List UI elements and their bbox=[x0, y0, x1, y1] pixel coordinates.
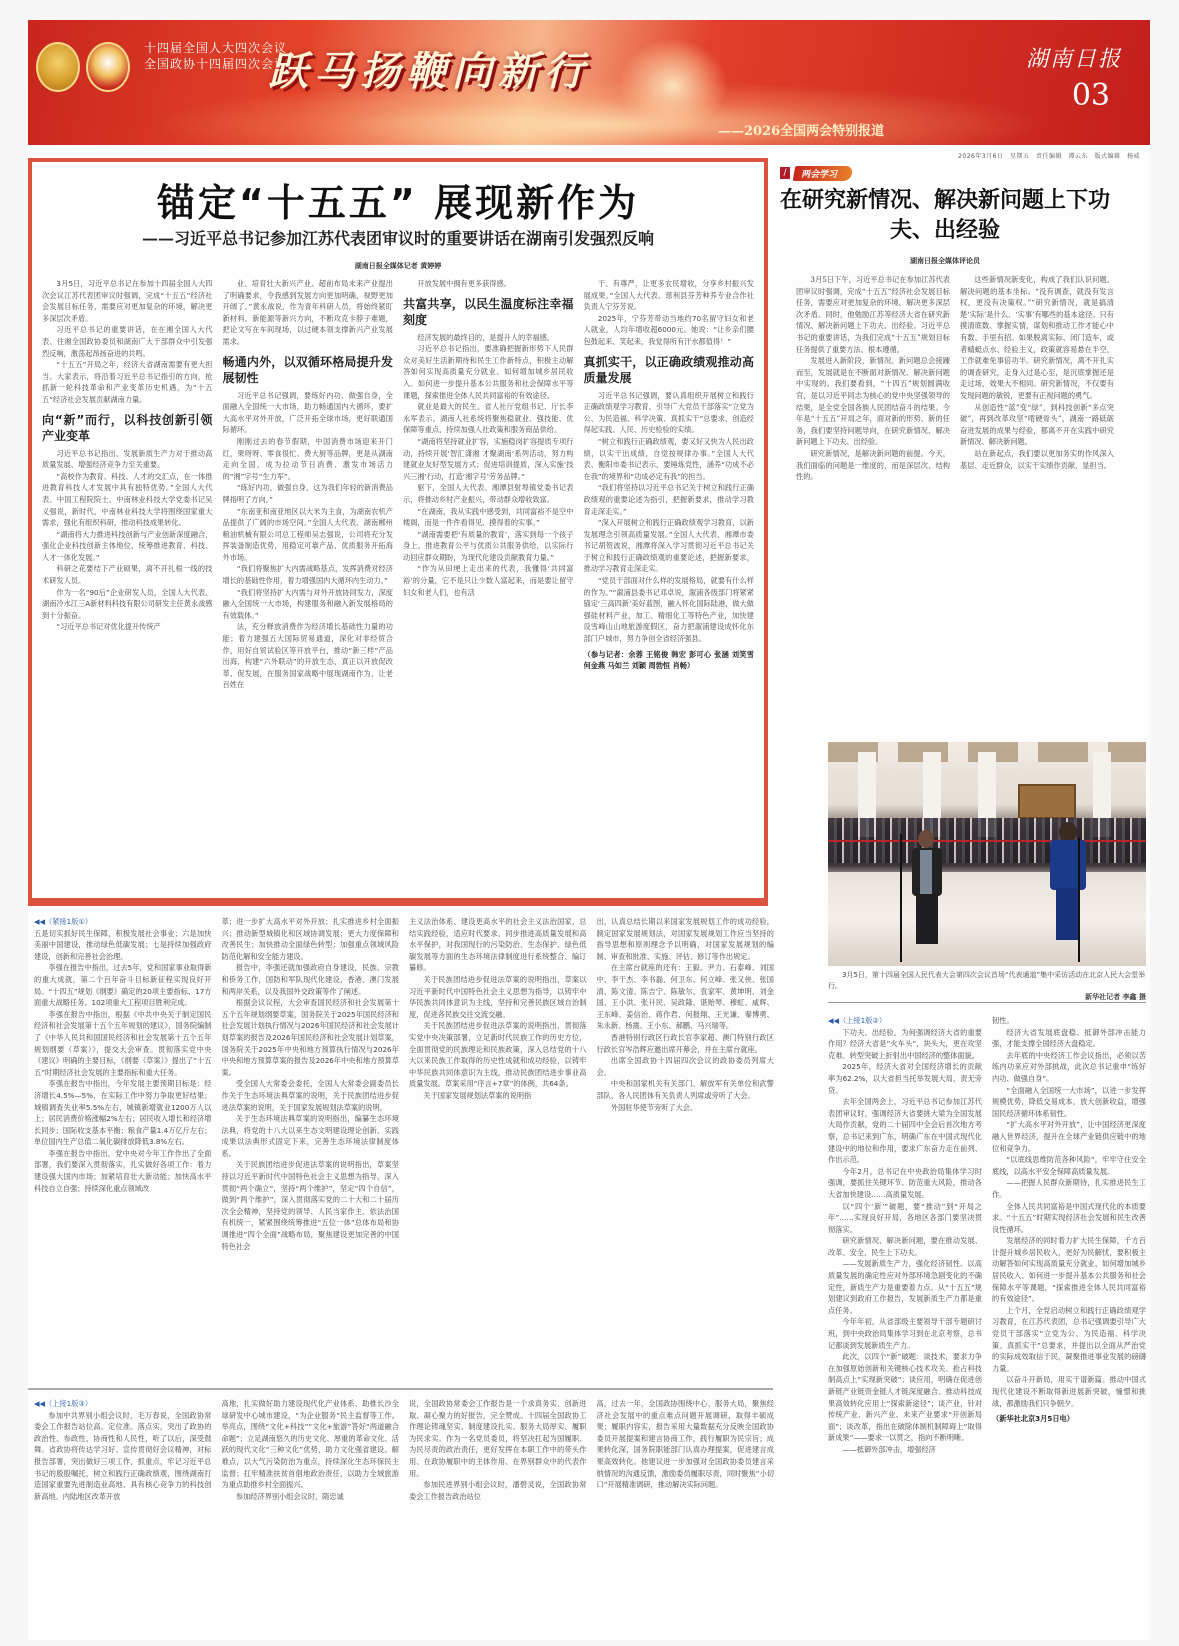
commentary-byline: 湖南日报全媒体评论员 bbox=[780, 256, 1110, 266]
continued-from-label: ◀◀（上接1版②） bbox=[828, 1015, 982, 1027]
paragraph: 干、有尊严，让更多农民增收，分享乡村振兴发展成果。”全国人大代表、慈利县芬芳种养… bbox=[584, 278, 755, 313]
paragraph: 关于民族团结进步促进法草案的说明指出，贯彻落实党中央决策部署，立足新时代民族工作… bbox=[409, 1020, 587, 1090]
paragraph: “全面融入全国统一大市场”，以进一步发挥规模优势，降低交易成本，放大创新收益，增… bbox=[992, 1085, 1146, 1120]
credits-line: （参与记者：余蓉 王铭俊 韩宏 彭可心 张涵 刘笑雪 何金燕 马如兰 刘颖 周勃… bbox=[584, 649, 755, 672]
paragraph: ——抵御外部冲击，增强经济 bbox=[828, 1444, 982, 1456]
article-column: ◀◀（紧接1版①）五是切实抓好民生保障，积极发展社会事业；六是加快美丽中国建设，… bbox=[34, 916, 212, 1381]
paragraph: 2025年，宁芬芳带动当地约70名留守妇女和老人就业，人均年增收超6000元。她… bbox=[584, 313, 755, 348]
paragraph: 高，过去一年，全国政协围绕中心、服务大局，聚焦经济社会发展中的重点难点问题开展调… bbox=[597, 1398, 775, 1491]
paragraph: 李强在报告中指出，过去5年，党和国家事业取得新的重大成就，第二个百年奋斗目标新征… bbox=[34, 962, 212, 1008]
article-column: 开放发展中拥有更多获得感。共富共享，以民生温度标注幸福刻度经济发展的最终目的，是… bbox=[403, 278, 574, 894]
paragraph: 主义法治体系、建设更高水平的社会主义法治国家，总结实践经验，适应时代要求，同步推… bbox=[409, 916, 587, 974]
paragraph: 发展经济的同时着力扩大民生保障，千方百计提升城乡居民收入，更好为民解忧，要积极主… bbox=[992, 1235, 1146, 1305]
paragraph: 刚刚过去的春节假期，中国消费市场迎来开门红，果呀呀、零食很忙、费大厨等品牌，更是… bbox=[223, 436, 394, 482]
session-line-2: 全国政协十四届四次会议 bbox=[144, 56, 287, 72]
session-label: 十四届全国人大四次会议 全国政协十四届四次会议 bbox=[144, 40, 287, 72]
national-emblem-icon bbox=[36, 42, 80, 92]
cppcc-emblem-icon bbox=[86, 42, 130, 92]
galloping-horse-icon bbox=[618, 38, 728, 133]
paragraph: “十五五”开局之年，经济大省湖南需要有更大担当。大家表示，将沿着习近平总书记指引… bbox=[42, 359, 213, 405]
special-report-label: ——2026全国两会特别报道 bbox=[718, 120, 884, 139]
article-column: 高，过去一年，全国政协围绕中心、服务大局，聚焦经济社会发展中的重点难点问题开展调… bbox=[597, 1398, 775, 1638]
paragraph: “我们将聚焦扩大内需战略基点，发挥消费对经济增长的基础性作用，着力增强国内大循环… bbox=[223, 563, 394, 586]
photo-caption: 3月5日，第十四届全国人民代表大会第四次会议首场“代表通道”集中采访活动在北京人… bbox=[828, 970, 1146, 1003]
article-column: 韧性。经济大省发展底盘稳、抵御外部冲击能力强，才能支撑全国经济大盘稳定。去年底的… bbox=[992, 1015, 1146, 1635]
section-divider bbox=[828, 1002, 1146, 1003]
paragraph: 以“四个‘新’”破题，要“推动”到“开局之年”……实现良好开局，各地区各部门要坚… bbox=[828, 1201, 982, 1236]
paragraph: 高地，扎实做好助力建设现代化产业体系、助推长沙全球研发中心城市建设，“为企业服务… bbox=[222, 1398, 400, 1491]
bottom-report2-body: ◀◀（上接1版③）参加中共界别小组会议时，毛万春说，全国政协常委会工作报告站位高… bbox=[34, 1398, 774, 1638]
paragraph: 此次，以四个“新”破题：谈技术，要求力争在加强原始创新和关键核心技术攻关、抢占科… bbox=[828, 1351, 982, 1444]
paragraph: 今年年初，从省部级主要领导干部专题研讨班，到中央政治局集体学习到在北京考察，总书… bbox=[828, 1316, 982, 1351]
paragraph: 受全国人大常委会委托，全国人大常委会副委员长作关于生态环境法典草案的说明，关于民… bbox=[222, 1078, 400, 1113]
paragraph: 法，充分释放消费作为经济增长基础性力量的功能；着力建强五大国际贸易通道，深化对非… bbox=[223, 621, 394, 691]
paragraph: 在主席台就座的还有：王毅、尹力、石泰峰、刘国中、李干杰、李书磊、何卫东、何立峰、… bbox=[597, 962, 775, 1032]
continued-from-label: ◀◀（紧接1版①） bbox=[34, 916, 212, 928]
newspaper-logo: 湖南日报 bbox=[1026, 42, 1122, 73]
section-heading: 畅通内外，以双循环格局提升发展韧性 bbox=[223, 354, 394, 386]
paragraph: “我们将坚持以习近平总书记关于树立和践行正确政绩观的重要论述为指引，把握新要求，… bbox=[584, 482, 755, 517]
section-tag: / 两会学习 bbox=[780, 166, 852, 180]
paragraph: “湖南将大力推进科技创新与产业创新深度融合，强化企业科技创新主体地位，统筹推进教… bbox=[42, 529, 213, 564]
paragraph: 今年2月，总书记在中央政治局集体学习时强调，要抓住关键环节、防范重大风险，推动各… bbox=[828, 1166, 982, 1201]
paragraph: 五是切实抓好民生保障，积极发展社会事业；六是加快美丽中国建设，推动绿色低碳发展；… bbox=[34, 928, 212, 963]
paragraph: “深入开展树立和践行正确政绩观学习教育，以新发展理念引领高质量发展。”全国人大代… bbox=[584, 517, 755, 575]
bottom-report-body: ◀◀（紧接1版①）五是切实抓好民生保障，积极发展社会事业；六是加快美丽中国建设，… bbox=[34, 916, 774, 1381]
session-line-1: 十四届全国人大四次会议 bbox=[144, 40, 287, 56]
slash-icon: / bbox=[780, 167, 790, 179]
edition-meta: 2026年3月6日 星期五 责任编辑 谭云东 版式编辑 杨威 bbox=[958, 151, 1140, 160]
right-bottom-report-body: ◀◀（上接1版②）下功夫、出经验，为何强调经济大省的重要作用？经济大省是“火车头… bbox=[828, 1015, 1146, 1635]
paragraph: 2025年，经济大省对全国经济增长的贡献率为62.2%，以大省担当托举发展大局，… bbox=[828, 1061, 982, 1096]
paragraph: 就业是最大的民生。省人社厅党组书记、厅长李永军表示，湖南人社系统将聚焦稳就业、强… bbox=[403, 401, 574, 436]
paragraph: 驱下，全国人大代表、湘潭县射埠镇党委书记表示，将推动乡村产业振兴，带动群众增收致… bbox=[403, 482, 574, 505]
paragraph: 报告中，李强还就加强政府自身建设，民族、宗教和侨务工作，国防和军队现代化建设，香… bbox=[222, 962, 400, 997]
paragraph: “党员干部面对什么样的发展格局，就要有什么样的作为。”“溆浦县委书记邓卓说，溆浦… bbox=[584, 575, 755, 645]
article-column: ◀◀（上接1版③）参加中共界别小组会议时，毛万春说，全国政协常委会工作报告站位高… bbox=[34, 1398, 212, 1638]
paragraph: 习近平总书记指出，要准确把握新形势下人民群众对美好生活新期待和民生工作新特点，积… bbox=[403, 343, 574, 401]
paragraph: 关于生态环境法典草案的说明指出，编纂生态环境法典，将党的十八大以来生态文明建设理… bbox=[222, 1113, 400, 1159]
paragraph: 香港特别行政区行政长官李家超、澳门特别行政区行政长官岑浩辉应邀出席开幕会，并在主… bbox=[597, 1032, 775, 1055]
commentary-body: 3月5日下午，习近平总书记在参加江苏代表团审议时强调，完成“十五五”经济社会发展… bbox=[796, 274, 1114, 744]
article-column: 干、有尊严，让更多农民增收，分享乡村振兴发展成果。”全国人大代表、慈利县芬芳种养… bbox=[584, 278, 755, 894]
paragraph: “练好内功，做强自身，这为我们年轻的新消费品牌指明了方向。” bbox=[223, 482, 394, 505]
paragraph: ——把握人民群众新期待，扎实推进民生工作。 bbox=[992, 1177, 1146, 1200]
article-column: 业、培育壮大新兴产业、超前布局未来产业提出了明确要求，令我感到发展方向更加明确，… bbox=[223, 278, 394, 894]
article-column: 革；进一步扩大高水平对外开放；扎实推进乡村全面振兴；推动新型城镇化和区域协调发展… bbox=[222, 916, 400, 1381]
lead-article-body: 3月5日，习近平总书记在参加十四届全国人大四次会议江苏代表团审议时强调，完成“十… bbox=[42, 278, 754, 894]
paragraph: 发展进入新阶段，新情况、新问题总会接踵而至，发展就是在不断面对新情况、解决新问题… bbox=[796, 355, 950, 448]
paragraph: “在湖南，我从实践中感受到，共同富裕不是空中楼阁，而是一件件看得见、摸得着的实事… bbox=[403, 506, 574, 529]
lead-article: 锚定“十五五” 展现新作为 ——习近平总书记参加江苏代表团审议时的重要讲话在湖南… bbox=[28, 158, 768, 902]
paragraph: “东南亚和南亚地区以大米为主食，为湖南农机产品提供了广阔的市场空间。”全国人大代… bbox=[223, 506, 394, 564]
paragraph: 经济大省发展底盘稳、抵御外部冲击能力强，才能支撑全国经济大盘稳定。 bbox=[992, 1027, 1146, 1050]
news-photo bbox=[828, 742, 1146, 966]
paragraph: 3月5日下午，习近平总书记在参加江苏代表团审议时强调，完成“十五五”经济社会发展… bbox=[796, 274, 950, 355]
section-heading: 真抓实干，以正确政绩观推动高质量发展 bbox=[584, 354, 755, 386]
paragraph: 关于民族团结进步促进法草案的说明指出，草案坚持以习近平新时代中国特色社会主义思想… bbox=[222, 1159, 400, 1252]
paragraph: 李强在报告中指出，党中央对今年工作作出了全面部署，我们要深入贯彻落实，扎实做好各… bbox=[34, 1148, 212, 1194]
paragraph: “以底线思维防范各种风险”，牢牢守住安全底线，以高水平安全保障高质量发展。 bbox=[992, 1154, 1146, 1177]
paragraph: “扩大高水平对外开放”，让中国经济更深度融入世界经济，提升在全球产业链供应链中的… bbox=[992, 1119, 1146, 1154]
paragraph: 出，认真总结长期以来国家发展规划工作的成功经验，制定国家发展规划法，对国家发展规… bbox=[597, 916, 775, 962]
microphone-stand-icon bbox=[1078, 838, 1080, 962]
article-column: 这些新情况新变化，构成了我们认识问题、解决问题的基本坐标。“没有调查，就没有发言… bbox=[960, 274, 1114, 744]
paragraph: “高校作为教育、科技、人才的交汇点，在一体推进教育科技人才发展中具有独特优势。”… bbox=[42, 471, 213, 529]
page-number: 03 bbox=[1072, 78, 1110, 113]
paragraph: 经济发展的最终目的，是提升人的幸福感。 bbox=[403, 332, 574, 344]
microphone-stand-icon bbox=[900, 834, 902, 962]
paragraph: 去年底的中央经济工作会议指出，必须以苦练内功来应对外部挑战，此次总书记重申“练好… bbox=[992, 1050, 1146, 1085]
paragraph: 关于民族团结进步促进法草案的说明指出，草案以习近平新时代中国特色社会主义思想为指… bbox=[409, 974, 587, 1020]
paragraph: 以奋斗开新局，用实干谱新篇。推动中国式现代化建设不断取得新进展新突破，憧憬和挑战… bbox=[992, 1374, 1146, 1409]
photo-person-right bbox=[1046, 820, 1090, 945]
paragraph: 习近平总书记的重要讲话，在在湘全国人大代表、住湘全国政协委员和湖南广大干部群众中… bbox=[42, 324, 213, 359]
paragraph: 业、培育壮大新兴产业、超前布局未来产业提出了明确要求，令我感到发展方向更加明确，… bbox=[223, 278, 394, 348]
paragraph: 李强在报告中指出，根据《中共中央关于制定国民经济和社会发展第十五个五年规划的建议… bbox=[34, 1009, 212, 1079]
lead-article-title: 锚定“十五五” 展现新作为 bbox=[32, 172, 764, 227]
paragraph: 这些新情况新变化，构成了我们认识问题、解决问题的基本坐标。“没有调查，就没有发言… bbox=[960, 274, 1114, 402]
lead-article-byline: 湖南日报全媒体记者 黄婷婷 bbox=[32, 261, 764, 271]
section-heading: 向“新”而行，以科技创新引领产业变革 bbox=[42, 412, 213, 444]
paragraph: 作为一名“90后”企业研发人员，全国人大代表、湖南冷水江三A新材料科技有限公司研… bbox=[42, 587, 213, 622]
paragraph: ——发展新质生产力，强化经济韧性。以高质量发展的确定性应对外部环境急剧变化的不确… bbox=[828, 1258, 982, 1316]
article-column: 主义法治体系、建设更高水平的社会主义法治国家，总结实践经验，适应时代要求，同步推… bbox=[409, 916, 587, 1381]
photo-floor bbox=[828, 872, 1146, 966]
paragraph: 关于国家发展规划法草案的说明指 bbox=[409, 1090, 587, 1102]
red-divider bbox=[28, 902, 768, 906]
paragraph: 根据会议议程，大会审查国民经济和社会发展第十五个五年规划纲要草案，国务院关于20… bbox=[222, 997, 400, 1078]
paragraph: 参加民进界别小组会议时，潘碧灵说，全国政协常委会工作报告政治站位 bbox=[409, 1479, 587, 1502]
paragraph: 参加经济界别小组会议时，隋忠诚 bbox=[222, 1491, 400, 1503]
photo-caption-text: 3月5日，第十四届全国人民代表大会第四次会议首场“代表通道”集中采访活动在北京人… bbox=[828, 970, 1146, 992]
paragraph: 外国驻华使节旁听了大会。 bbox=[597, 1102, 775, 1114]
photo-mural bbox=[1018, 784, 1076, 819]
article-column: 3月5日，习近平总书记在参加十四届全国人大四次会议江苏代表团审议时强调，完成“十… bbox=[42, 278, 213, 894]
article-column: 说，全国政协常委会工作报告是一个求真务实、创新进取、凝心聚力的好报告，完全赞成。… bbox=[409, 1398, 587, 1638]
article-column: 3月5日下午，习近平总书记在参加江苏代表团审议时强调，完成“十五五”经济社会发展… bbox=[796, 274, 950, 744]
paragraph: 站在新起点，我们要以更加务实的作风深入基层、走近群众，以实干实绩作贡献、显担当。 bbox=[960, 448, 1114, 471]
photo-rope-barrier bbox=[828, 840, 1146, 842]
paragraph: 韧性。 bbox=[992, 1015, 1146, 1027]
photo-person-left bbox=[906, 826, 946, 946]
credits-line: （新华社北京3月5日电） bbox=[992, 1413, 1146, 1425]
paragraph: 全体人民共同富裕是中国式现代化的本质要求。“十五五”时期实现经济社会发展和民生改… bbox=[992, 1201, 1146, 1236]
paragraph: 中央和国家机关有关部门、解放军有关单位和武警部队、各人民团体有关负责人列席或旁听… bbox=[597, 1078, 775, 1101]
paragraph: 研究新情况，是解决新问题的前提。今天，我们面临的问题是一维度的，而是深层次、结构… bbox=[796, 448, 950, 483]
paragraph: 习近平总书记强调，要认真组织开展树立和践行正确政绩观学习教育，引导广大党员干部落… bbox=[584, 390, 755, 436]
masthead-banner: 十四届全国人大四次会议 全国政协十四届四次会议 跃马扬鞭向新行 ——2026全国… bbox=[28, 20, 1150, 145]
article-column: 高地，扎实做好助力建设现代化产业体系、助推长沙全球研发中心城市建设，“为企业服务… bbox=[222, 1398, 400, 1638]
article-column: 出，认真总结长期以来国家发展规划工作的成功经验，制定国家发展规划法，对国家发展规… bbox=[597, 916, 775, 1381]
paragraph: 下功夫、出经验，为何强调经济大省的重要作用？经济大省是“火车头”，块头大，更在攻… bbox=[828, 1027, 982, 1062]
paragraph: “湖南需要把‘有质量的教育’，落实到每一个孩子身上，推进教育公平与优质公共服务供… bbox=[403, 529, 574, 564]
paragraph: “习近平总书记对优化提升传统产 bbox=[42, 621, 213, 633]
paragraph: “树立和践行正确政绩观，要又好又快为人民出政绩，以实干出成绩，自觉按规律办事。”… bbox=[584, 436, 755, 482]
commentary-title: 在研究新情况、解决新问题上下功夫、出经验 bbox=[780, 185, 1110, 245]
paragraph: 李强在报告中指出，今年发展主要预期目标是：经济增长4.5%—5%，在实际工作中努… bbox=[34, 1078, 212, 1148]
paragraph: 习近平总书记指出，发展新质生产力对于推动高质量发展、增强经济竞争力至关重要。 bbox=[42, 448, 213, 471]
paragraph: 开放发展中拥有更多获得感。 bbox=[403, 278, 574, 290]
paragraph: 去年全国两会上，习近平总书记参加江苏代表团审议时，强调经济大省要挑大梁为全国发展… bbox=[828, 1096, 982, 1166]
continued-from-label: ◀◀（上接1版③） bbox=[34, 1398, 212, 1410]
paragraph: “湖南将坚持就业扩容，实施稳岗扩容提质专项行动，持续开展‘智汇潇湘 才聚湖南’系… bbox=[403, 436, 574, 482]
paragraph: 研究新情况、解决新问题，要在推动发展、改革、安全、民生上下功夫。 bbox=[828, 1235, 982, 1258]
lead-article-subtitle: ——习近平总书记参加江苏代表团审议时的重要讲话在湖南引发强烈反响 bbox=[32, 226, 764, 249]
paragraph: 科研之花要结下产业硕果，离不开扎根一线的技术研发人员。 bbox=[42, 563, 213, 586]
paragraph: 说，全国政协常委会工作报告是一个求真务实、创新进取、凝心聚力的好报告，完全赞成。… bbox=[409, 1398, 587, 1479]
newspaper-page: 十四届全国人大四次会议 全国政协十四届四次会议 跃马扬鞭向新行 ——2026全国… bbox=[28, 20, 1150, 1640]
paragraph: 出席全国政协十四届四次会议的政协委员列席大会。 bbox=[597, 1055, 775, 1078]
article-column: ◀◀（上接1版②）下功夫、出经验，为何强调经济大省的重要作用？经济大省是“火车头… bbox=[828, 1015, 982, 1635]
section-tag-label: 两会学习 bbox=[793, 166, 854, 181]
paragraph: 参加中共界别小组会议时，毛万春说，全国政协常委会工作报告站位高、定位准、落点实，… bbox=[34, 1410, 212, 1503]
banner-slogan: 跃马扬鞭向新行 bbox=[268, 40, 590, 97]
paragraph: 革；进一步扩大高水平对外开放；扎实推进乡村全面振兴；推动新型城镇化和区域协调发展… bbox=[222, 916, 400, 962]
paragraph: 从创造性“蓝”变“绿”，到科技创新“多点突破”，再到改革攻坚“啃硬骨头”，湖南一… bbox=[960, 402, 1114, 448]
paragraph: 3月5日，习近平总书记在参加十四届全国人大四次会议江苏代表团审议时强调，完成“十… bbox=[42, 278, 213, 324]
paragraph: 上个月，全党启动树立和践行正确政绩观学习教育，在江苏代表团，总书记强调要引导广大… bbox=[992, 1305, 1146, 1375]
paragraph: “作为从田埂上走出来的代表，我懂得‘共同富裕’的分量，它不是只让少数人富起来，而… bbox=[403, 563, 574, 598]
paragraph: “我们将坚持扩大内需与对外开放协同发力，深度融入全国统一大市场，构建服务和融入新… bbox=[223, 587, 394, 622]
section-heading: 共富共享，以民生温度标注幸福刻度 bbox=[403, 296, 574, 328]
section-divider bbox=[28, 1388, 773, 1390]
paragraph: 习近平总书记强调，要练好内功、做强自身，全面融入全国统一大市场，助力畅通国内大循… bbox=[223, 390, 394, 436]
